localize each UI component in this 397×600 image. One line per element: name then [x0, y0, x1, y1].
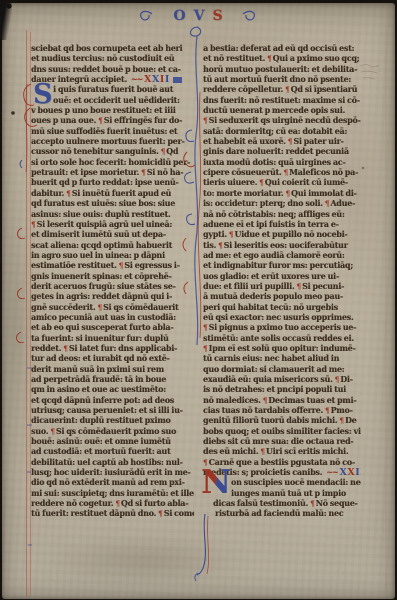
text-line: uos gladio: et erūt uxores ure ui-: [203, 272, 361, 282]
chapter-numeral-letter: X: [347, 468, 355, 478]
text-line: gnis inuenerit spinas: et cōprehē-: [31, 272, 194, 282]
text-segment: Pmo-: [331, 406, 353, 416]
text-line: dns fuerit: nō restituet: maxime si cō-: [203, 96, 361, 106]
paraph-mark: ¶: [288, 137, 293, 147]
text-segment: tieris uiuere.: [203, 178, 259, 188]
text-line: reddere nō cogetur. ¶Qd si furto abla-: [31, 499, 194, 509]
text-line: cussor nō tenebitur sanguinis. ¶Qd: [31, 147, 194, 157]
text-segment: ta fuerint: si inuenitur fur: duplū: [31, 334, 169, 344]
text-segment: horū mutuo postulauerit: et debilita-: [203, 65, 357, 75]
text-line: qd furatus est uiuēs: siue bos: siue: [31, 199, 194, 209]
chapter-numeral-flourish: ~~: [326, 468, 337, 478]
text-segment: lusq; hoc uiderit: iusiurādū erit in me-: [31, 468, 191, 478]
text-segment: et indignabitur furor ms: percutiāq;: [203, 261, 353, 271]
text-segment: nā nō cōtristabis: neq; affliges eū:: [203, 210, 345, 220]
text-line: bobs quoq; et ouibs similiter facies: vi…: [203, 427, 361, 437]
text-segment: Si latet fur: dns applicabi-: [69, 344, 177, 354]
text-line: lusq; hoc uiderit: iusiurādū erit in me-: [31, 468, 194, 478]
text-segment: tis.: [203, 241, 218, 251]
text-segment: genitū filiorū tuorū dabis michi.: [203, 416, 339, 426]
text-segment: estimatiōe restituet.: [31, 261, 119, 271]
paraph-mark: ¶: [267, 54, 272, 64]
text-segment: asinus: siue ouis: duplū restituet.: [31, 210, 170, 220]
text-line: et indignabitur furor ms: percutiāq;: [203, 261, 361, 271]
text-line: accepto uulnere mortuus fuerit: per-: [31, 137, 194, 147]
text-segment: et dimiserit iumētū suū ut depa-: [31, 230, 166, 240]
text-line: dabitur. ¶Si inuētū fuerit apud eū: [31, 189, 194, 199]
text-segment: Si pignus a pximo tuo acceperis ue-: [209, 323, 357, 333]
text-line: aduene eī et ipi fuistis in terra e-: [203, 220, 361, 230]
paraph-mark: ¶: [259, 178, 264, 188]
text-line: scat aliena: qcqd optimū habuerit: [31, 241, 194, 251]
paraph-mark: ¶: [310, 499, 315, 509]
text-line: ā mutuā dederis populo meo pau-: [203, 292, 361, 302]
text-segment: is: occidetur: pterq; dno soli.: [203, 199, 325, 209]
text-segment: Si pecuni-: [302, 282, 344, 292]
text-line: satā: dormieritq; cū ea: dotabit eā:: [203, 127, 361, 137]
paraph-mark: ¶: [263, 396, 268, 406]
paraph-mark: ¶: [203, 323, 208, 333]
text-segment: Uiri scī eritis michi.: [266, 447, 349, 457]
text-line: ¶Ipm eī est solū quo opitur: indumē-: [203, 344, 361, 354]
text-line: tū aut mortuū fuerit dno nō psente:: [203, 75, 361, 85]
text-line: tū carnis eius: nec habet aliud in: [203, 354, 361, 364]
text-line: exaudiā eū: quia misericors sū. ¶Di-: [203, 375, 361, 385]
manuscript-photo: OVS sciebat qd bos cornupeta eet ab heri…: [0, 0, 397, 600]
paraph-mark: ¶: [31, 220, 36, 230]
text-segment: ad me: et ego audiā clamorē eorū:: [203, 251, 345, 261]
text-line: petrauit: et ipse morietur. ¶Si nō ha-: [31, 168, 194, 178]
text-line: dicauerint: duplū restituet pximo: [31, 416, 194, 426]
text-line: derit aceruos frugū: siue stātes se-: [31, 282, 194, 292]
text-segment: cipere cōsueuerūt.: [203, 168, 284, 178]
text-segment: due: et filii uri pupilli.: [203, 282, 296, 292]
decorated-initial-S: S: [33, 82, 53, 108]
text-segment: ouē: et occiderit uel uēdiderit:: [53, 96, 180, 106]
text-line: amico pecuniā aut uas in custodiā:: [31, 313, 194, 323]
text-segment: iunges manū tuā ut p impio: [231, 489, 346, 499]
text-segment: Uidue et pupillo nō nocebi-: [234, 230, 347, 240]
text-segment: oues p una oue.: [31, 116, 98, 126]
text-segment: tū carnis eius: nec habet aliud in: [203, 354, 339, 364]
text-segment: peri qui habitat tecū: nō urgebis: [203, 303, 338, 313]
text-column-right: a bestia: deferat ad eū qd occisū est:et…: [203, 44, 361, 520]
text-line: dio qd nō extēderit manū ad rem pxi-: [31, 478, 194, 488]
text-segment: Nō seque-: [316, 499, 358, 509]
text-line: buerit qd p furto reddat: ipse uenū-: [31, 178, 194, 188]
text-segment: exaudiā eū: quia misericors sū.: [203, 375, 335, 385]
text-line: sciebat qd bos cornupeta eet ab heri: [31, 44, 194, 54]
text-segment: ginis dare noluerit: reddet pecuniā: [203, 147, 349, 157]
text-line: a bestia: deferat ad eū qd occisū est:: [203, 44, 361, 54]
text-segment: Maleficos nō pa-: [289, 168, 358, 178]
text-line: mū siue suffodiēs fuerit inuētus: et: [31, 127, 194, 137]
paraph-mark: ¶: [284, 168, 289, 178]
text-line: bouē: asinū: ouē: et omne iumētū: [31, 437, 194, 447]
text-segment: cussor nō tenebitur sanguinis.: [31, 147, 161, 157]
text-segment: Si seduxerit qs uirginē necdū despō-: [209, 116, 361, 126]
text-line: et nudius tercius: nō custodiuit eū: [31, 54, 194, 64]
text-line: gnē succēderit. ¶Si qs cōmēdauerit: [31, 303, 194, 313]
paraph-mark: ¶: [285, 189, 290, 199]
paraph-mark: ¶: [339, 416, 344, 426]
text-segment: Si qs cōmēdauerit: [103, 303, 178, 313]
text-segment: De: [345, 416, 356, 426]
running-title-letter: V: [194, 8, 206, 24]
text-segment: risturbā ad faciendū malū: nec: [215, 509, 343, 519]
text-line: ad custodiā: et mortuū fuerit: aut: [31, 447, 194, 457]
chapter-numeral-letter: I: [360, 468, 361, 478]
text-segment: dns fuerit: nō restituet: maxime si cō-: [203, 96, 360, 106]
text-line: ductū uenerat p mercede opis sui.: [203, 106, 361, 116]
text-segment: dicauerint: duplū restituet pximo: [31, 416, 170, 426]
text-line: dns suus: reddet bouē p boue: et ca-: [31, 65, 194, 75]
text-line: i quis furatus fuerit bouē aut: [31, 85, 194, 95]
text-line: horū mutuo postulauerit: et debilita-: [203, 65, 361, 75]
text-segment: Si leserit quispiā agrū uel uineā:: [37, 220, 173, 230]
text-line: iuxta modū dotis: quā uirgines ac-: [203, 158, 361, 168]
text-line: asinus: siue ouis: duplū restituet.: [31, 210, 194, 220]
text-segment: on suscipies uocē mendacii: nec: [231, 478, 361, 488]
text-line: quo dormiat: si clamauerit ad me:: [203, 365, 361, 375]
text-segment: scat aliena: qcqd optimū habuerit: [31, 241, 172, 251]
text-segment: accepto uulnere mortuus fuerit: per-: [31, 137, 185, 147]
text-line: mi sui: suscipietq; dns iuramētū: et ill…: [31, 489, 194, 499]
text-segment: et qcqd dāpnū inferre pot: ad deos: [31, 396, 174, 406]
text-segment: et nudius tercius: nō custodiuit eū: [31, 54, 174, 64]
text-line: ¶Si seduxerit qs uirginē necdū despō-: [203, 116, 361, 126]
text-line: ¶Si leserit quispiā agrū uel uineā:: [31, 220, 194, 230]
text-line: debilitatū: uel captū ab hostibs: nul-: [31, 458, 194, 468]
paraph-mark: ¶: [325, 199, 330, 209]
text-segment: qm in asino et oue ac uestimēto:: [31, 385, 166, 395]
text-line: ¶Si pignus a pximo tuo acceperis ue-: [203, 323, 361, 333]
text-segment: ductū uenerat p mercede opis sui.: [203, 106, 345, 116]
text-line: tur ad deos: et iurabit qd nō extē-: [31, 354, 194, 364]
text-segment: bouē: asinū: ouē: et omne iumētū: [31, 437, 171, 447]
text-segment: dio qd nō extēderit manū ad rem pxi-: [31, 478, 185, 488]
text-segment: to: morte moriatur.: [203, 189, 285, 199]
text-segment: gypti.: [203, 230, 229, 240]
text-line: gypti. ¶Uidue et pupillo nō nocebi-: [203, 230, 361, 240]
marginal-note-area: [356, 60, 394, 82]
text-line: dauer integrū accipiet.~~XXII: [31, 75, 194, 85]
text-segment: petrauit: et ipse morietur.: [31, 168, 141, 178]
text-segment: iuxta modū dotis: quā uirgines ac-: [203, 158, 345, 168]
text-segment: ad perpetrādā fraudē: tā in boue: [31, 375, 166, 385]
text-segment: Decimas tuas et pmi-: [268, 396, 356, 406]
line-filler-block: [173, 77, 182, 83]
text-segment: getes in agris: reddet dāpnū qui i-: [31, 292, 172, 302]
text-line: cipere cōsueuerūt. ¶Maleficos nō pa-: [203, 168, 361, 178]
text-line: des eū michi. ¶Uiri scī eritis michi.: [203, 447, 361, 457]
text-segment: Qui a pximo suo qcq;: [273, 54, 360, 64]
paraph-mark: ¶: [141, 168, 146, 178]
text-segment: reddere cōpelletur.: [203, 85, 285, 95]
paraph-mark: ¶: [158, 509, 163, 519]
text-segment: derit manū suā in pximi sui rem: [31, 365, 164, 375]
text-line: to: morte moriatur. ¶Qui immolat di-: [203, 189, 361, 199]
text-line: ouē: et occiderit uel uēdiderit:: [31, 96, 194, 106]
text-segment: dns suus: reddet bouē p boue: et ca-: [31, 65, 181, 75]
text-line: si orto sole hoc fecerit: homicidiū per-: [31, 158, 194, 168]
text-segment: gnē succēderit.: [31, 303, 97, 313]
text-line: qm in asino et oue ac uestimēto:: [31, 385, 194, 395]
text-line: et nō restituet. ¶Qui a pximo suo qcq;: [203, 54, 361, 64]
paraph-mark: ¶: [218, 241, 223, 251]
text-line: getes in agris: reddet dāpnū qui i-: [31, 292, 194, 302]
text-segment: reddet.: [31, 344, 63, 354]
paraph-mark: ¶: [115, 499, 120, 509]
paraph-mark: ¶: [98, 116, 103, 126]
text-segment: suo.: [31, 427, 50, 437]
paraph-mark: ¶: [119, 261, 124, 271]
text-line: utriusq; causa perueniet: et si illi iu-: [31, 406, 194, 416]
text-segment: mū siue suffodiēs fuerit inuētus: et: [31, 127, 177, 137]
text-segment: Si qs cōmēdauerit pximo suo: [56, 427, 176, 437]
decorated-initial-N: N: [201, 466, 231, 498]
paraph-mark: ¶: [325, 406, 330, 416]
text-segment: Si pater uir-: [293, 137, 343, 147]
text-line: genitū filiorū tuorū dabis michi. ¶De: [203, 416, 361, 426]
text-line: reddere cōpelletur. ¶Qd si īpsentiarū: [203, 85, 361, 95]
text-line: ta fuerint: si inuenitur fur: duplū: [31, 334, 194, 344]
text-line: reddet. ¶Si latet fur: dns applicabi-: [31, 344, 194, 354]
text-segment: et ab eo qui susceperat furto abla-: [31, 323, 173, 333]
text-line: eū qsi exactor: nec usuris opprimes.: [203, 313, 361, 323]
text-segment: mi sui: suscipietq; dns iuramētū: et ill…: [31, 489, 194, 499]
text-line: risturbā ad faciendū malū: nec: [203, 509, 361, 519]
paraph-mark: ¶: [50, 427, 55, 437]
chapter-numeral-letter: X: [339, 468, 347, 478]
text-segment: des eū michi.: [203, 447, 260, 457]
text-segment: bobs quoq; et ouibs similiter facies: vi…: [203, 427, 361, 437]
text-line: ad me: et ego audiā clamorē eorū:: [203, 251, 361, 261]
text-segment: reddere nō cogetur.: [31, 499, 115, 509]
text-segment: Si leseritis eos: uociferabūtur: [224, 241, 348, 251]
text-line: peri qui habitat tecū: nō urgebis: [203, 303, 361, 313]
text-segment: Qd si furto abla-: [121, 499, 188, 509]
text-segment: Di-: [340, 375, 353, 385]
text-line: v boues p uno boue restituet: et iiii: [31, 106, 194, 116]
text-segment: et nō restituet.: [203, 54, 267, 64]
text-segment: ad custodiā: et mortuū fuerit: aut: [31, 447, 170, 457]
text-line: nā nō cōtristabis: neq; affliges eū:: [203, 210, 361, 220]
text-line: et ab eo qui susceperat furto abla-: [31, 323, 194, 333]
chapter-numeral-letter: I: [165, 75, 170, 85]
text-segment: gnis inuenerit spinas: et cōprehē-: [31, 272, 172, 282]
running-title-letter: O: [173, 8, 186, 24]
running-title: OVS: [0, 7, 397, 25]
text-segment: derit aceruos frugū: siue stātes se-: [31, 282, 176, 292]
text-segment: nō maledices.: [203, 396, 263, 406]
text-line: nō maledices. ¶Decimas tuas et pmi-: [203, 396, 361, 406]
text-line: et qcqd dāpnū inferre pot: ad deos: [31, 396, 194, 406]
text-segment: sciebat qd bos cornupeta eet ab heri: [31, 44, 182, 54]
text-line: et habebit eā uxorē. ¶Si pater uir-: [203, 137, 361, 147]
text-segment: diebs sit cū mre sua: die octaua red-: [203, 437, 353, 447]
text-segment: Si nō ha-: [147, 168, 184, 178]
paraph-mark: ¶: [335, 375, 340, 385]
text-segment: et habebit eā uxorē.: [203, 137, 288, 147]
paraph-mark: ¶: [203, 344, 208, 354]
text-segment: Adue-: [330, 199, 355, 209]
text-segment: v boues p uno boue restituet: et iiii: [31, 106, 176, 116]
text-segment: Si egressus i-: [124, 261, 179, 271]
text-line: is: occidetur: pterq; dno soli. ¶Adue-: [203, 199, 361, 209]
text-line: et dimiserit iumētū suū ut depa-: [31, 230, 194, 240]
paraph-mark: ¶: [203, 116, 208, 126]
text-segment: tū aut mortuū fuerit dno nō psente:: [203, 75, 351, 85]
text-line: derit manū suā in pximi sui rem: [31, 365, 194, 375]
text-segment: buerit qd p furto reddat: ipse uenū-: [31, 178, 178, 188]
text-line: tieris uiuere. ¶Qui coierit cū iumē-: [203, 178, 361, 188]
paraph-mark: ¶: [66, 189, 71, 199]
paraph-mark: ¶: [285, 85, 290, 95]
text-segment: i quis furatus fuerit bouē aut: [53, 85, 173, 95]
chapter-numeral-letter: X: [152, 75, 160, 85]
text-segment: Si comestū: [164, 509, 194, 519]
text-segment: utriusq; causa perueniet: et si illi iu-: [31, 406, 183, 416]
text-segment: tur ad deos: et iurabit qd nō extē-: [31, 354, 170, 364]
text-segment: a bestia: deferat ad eū qd occisū est:: [203, 44, 354, 54]
text-line: cias tuas nō tardabis offerre. ¶Pmo-: [203, 406, 361, 416]
text-segment: Qui immolat di-: [291, 189, 357, 199]
text-column-left: sciebat qd bos cornupeta eet ab heriet n…: [31, 44, 194, 520]
text-segment: in agro suo uel in uinea: p dāpni: [31, 251, 165, 261]
text-line: tū fuerit: restituet dāpnū dno. ¶Si come…: [31, 509, 194, 519]
text-segment: quo dormiat: si clamauerit ad me:: [203, 365, 344, 375]
text-segment: Ipm eī est solū quo opitur: indumē-: [209, 344, 356, 354]
text-segment: qd furatus est uiuēs: siue bos: siue: [31, 199, 175, 209]
text-segment: si orto sole hoc fecerit: homicidiū per-: [31, 158, 190, 168]
paraph-mark: ¶: [260, 447, 265, 457]
paraph-mark: ¶: [229, 230, 234, 240]
paraph-mark: ¶: [63, 344, 68, 354]
chapter-numeral-letter: X: [144, 75, 152, 85]
text-line: estimatiōe restituet. ¶Si egressus i-: [31, 261, 194, 271]
text-segment: tū fuerit: restituet dāpnū dno.: [31, 509, 158, 519]
paraph-mark: ¶: [161, 147, 166, 157]
text-segment: aduene eī et ipi fuistis in terra e-: [203, 220, 339, 230]
text-line: suo. ¶Si qs cōmēdauerit pximo suo: [31, 427, 194, 437]
text-line: diebs sit cū mre sua: die octaua red-: [203, 437, 361, 447]
text-segment: uos gladio: et erūt uxores ure ui-: [203, 272, 339, 282]
text-segment: Qui coierit cū iumē-: [265, 178, 348, 188]
text-segment: debilitatū: uel captū ab hostibs: nul-: [31, 458, 183, 468]
text-line: ginis dare noluerit: reddet pecuniā: [203, 147, 361, 157]
paraph-mark: ¶: [296, 282, 301, 292]
text-line: ad perpetrādā fraudē: tā in boue: [31, 375, 194, 385]
text-segment: Si inuētū fuerit apud eū: [72, 189, 171, 199]
text-segment: ā mutuā dederis populo meo pau-: [203, 292, 343, 302]
text-segment: cias tuas nō tardabis offerre.: [203, 406, 325, 416]
text-line: due: et filii uri pupilli. ¶Si pecuni-: [203, 282, 361, 292]
text-segment: satā: dormieritq; cū ea: dotabit eā:: [203, 127, 347, 137]
text-segment: is nō detrahes: et pncipi populi tui: [203, 385, 346, 395]
text-segment: stimētū: ante solis occasū reddes ei.: [203, 334, 354, 344]
chapter-numeral-flourish: ~~: [131, 75, 142, 85]
text-line: in agro suo uel in uinea: p dāpni: [31, 251, 194, 261]
text-line: is nō detrahes: et pncipi populi tui: [203, 385, 361, 395]
text-segment: amico pecuniā aut uas in custodiā:: [31, 313, 176, 323]
text-line: oues p una oue. ¶Si effringēs fur do-: [31, 116, 194, 126]
text-segment: Si effringēs fur do-: [104, 116, 182, 126]
text-segment: Qd: [166, 147, 178, 157]
paraph-mark: ¶: [97, 303, 102, 313]
text-segment: dabitur.: [31, 189, 66, 199]
running-title-letter: S: [212, 8, 223, 24]
text-segment: Qd si īpsentiarū: [291, 85, 358, 95]
text-line: stimētū: ante solis occasū reddes ei.: [203, 334, 361, 344]
text-segment: eū qsi exactor: nec usuris opprimes.: [203, 313, 353, 323]
text-line: tis. ¶Si leseritis eos: uociferabūtur: [203, 241, 361, 251]
